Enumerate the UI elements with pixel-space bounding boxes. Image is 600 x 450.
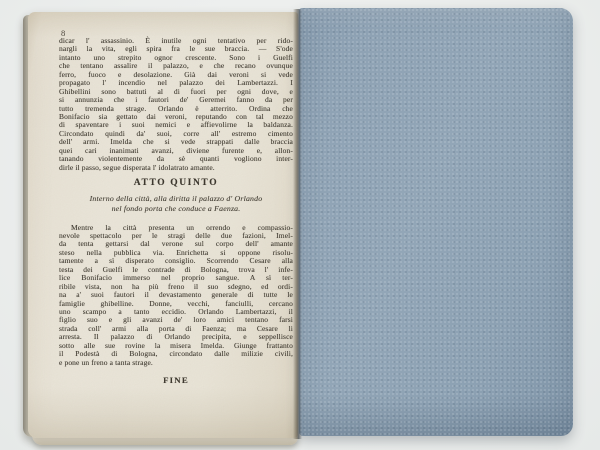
book-gutter-shadow	[293, 9, 302, 439]
paragraph-continuation: dicar l' assassinio. È inutile ogni tent…	[59, 37, 293, 172]
right-cover	[299, 8, 573, 436]
photo-background: 8 dicar l' assassinio. È inutile ogni te…	[0, 0, 600, 450]
cover-sheen	[299, 8, 573, 436]
page-text-column: dicar l' assassinio. È inutile ogni tent…	[59, 37, 293, 385]
fine-label: FINE	[59, 375, 293, 385]
text-line: e pone un freno a tanta strage.	[59, 359, 293, 367]
text-line: nel fondo porta che conduce a Faenza.	[59, 204, 293, 214]
open-book: 8 dicar l' assassinio. È inutile ogni te…	[0, 0, 600, 450]
stage-direction: Interno della città, alla diritta il pal…	[59, 194, 293, 214]
text-line: dirle il passo, segue disperata l' idola…	[59, 164, 293, 172]
act-synopsis-paragraph: Mentre la città presenta un orrendo e co…	[59, 224, 293, 367]
left-page: 8 dicar l' assassinio. È inutile ogni te…	[28, 12, 298, 438]
act-heading: ATTO QUINTO	[59, 178, 293, 189]
text-line: Interno della città, alla diritta il pal…	[59, 194, 293, 204]
